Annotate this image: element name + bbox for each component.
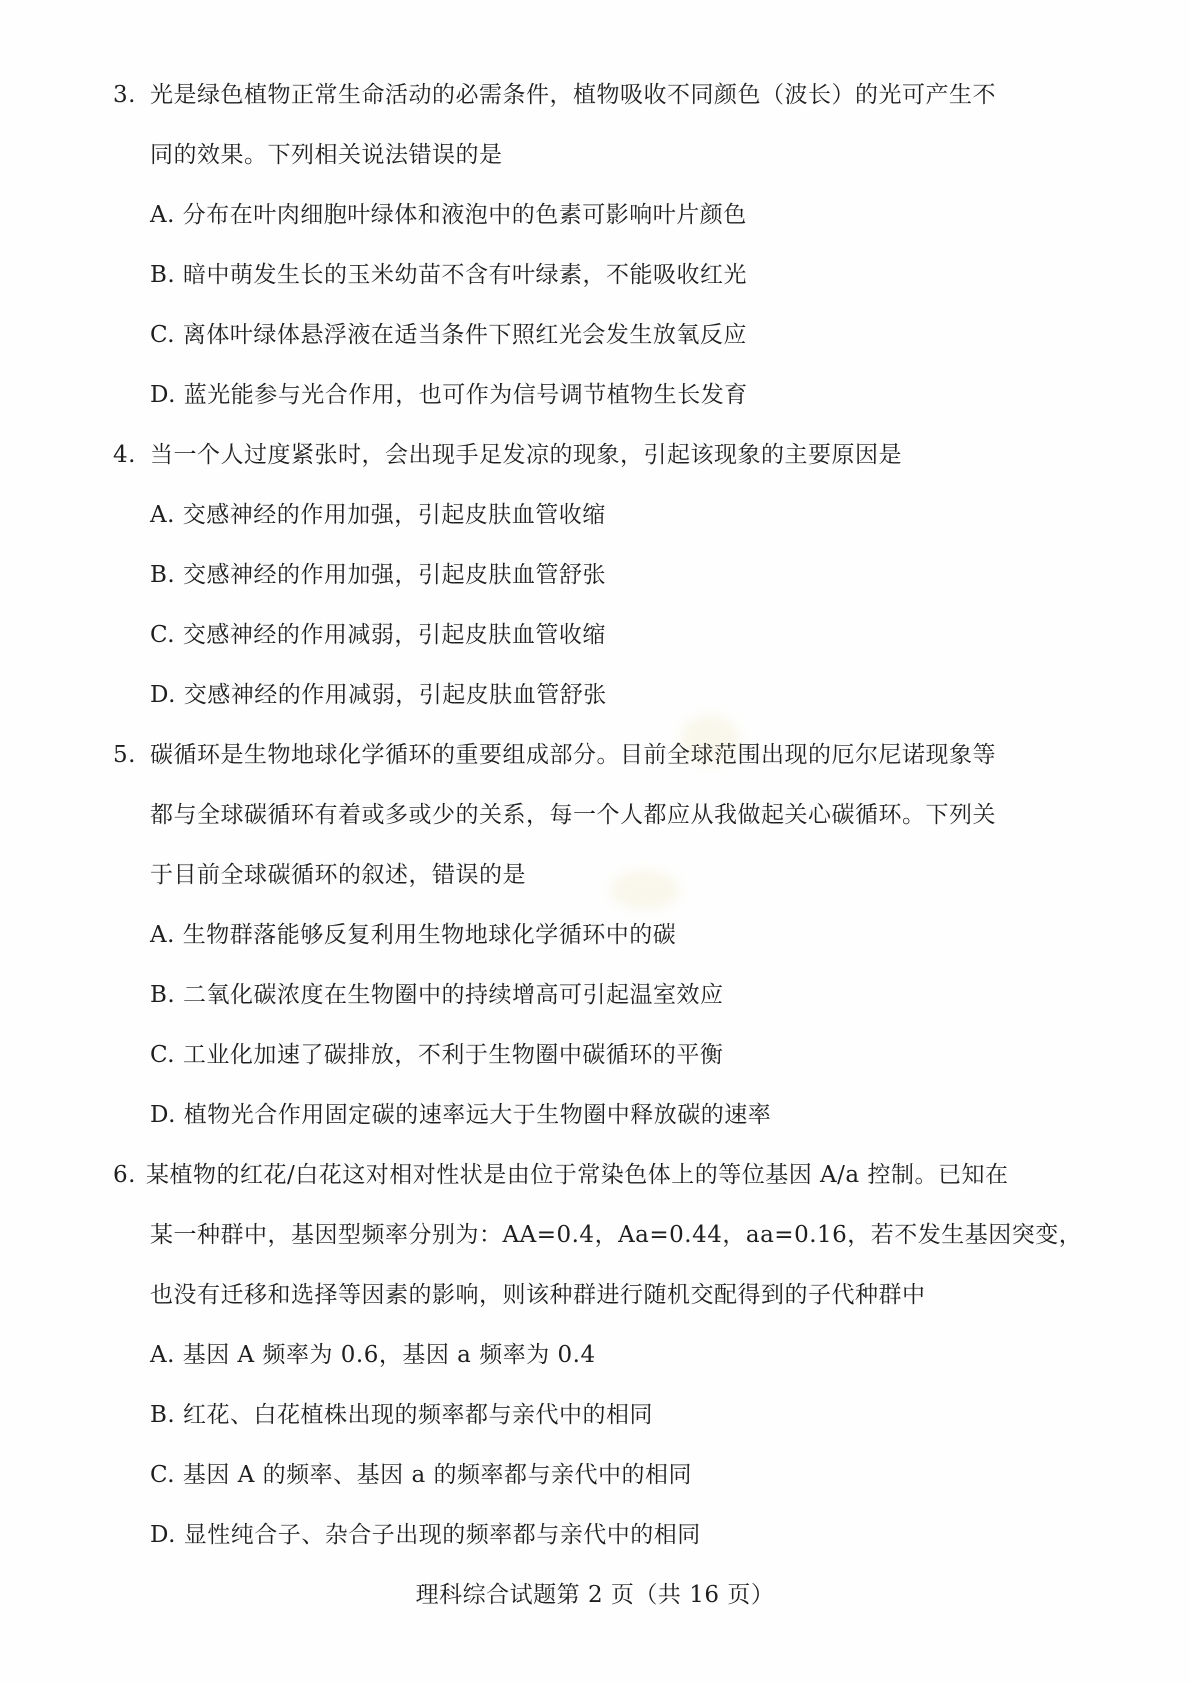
question-stem-line: 都与全球碳循环有着或多或少的关系，每一个人都应从我做起关心碳循环。下列关: [150, 800, 996, 830]
option-label: C.: [150, 1042, 175, 1068]
option-text: 分布在叶肉细胞叶绿体和液泡中的色素可影响叶片颜色: [183, 202, 747, 228]
option-b: B. 红花、白花植株出现的频率都与亲代中的相同: [150, 1400, 653, 1430]
option-text: 暗中萌发生长的玉米幼苗不含有叶绿素，不能吸收红光: [183, 262, 747, 288]
option-text: 二氧化碳浓度在生物圈中的持续增高可引起温室效应: [183, 982, 724, 1008]
option-label: C.: [150, 622, 175, 648]
option-a: A. 生物群落能够反复利用生物地球化学循环中的碳: [150, 920, 676, 950]
option-label: A.: [150, 1342, 175, 1368]
option-a: A. 分布在叶肉细胞叶绿体和液泡中的色素可影响叶片颜色: [150, 200, 747, 230]
option-text: 植物光合作用固定碳的速率远大于生物圈中释放碳的速率: [184, 1102, 772, 1128]
option-text: 基因 A 频率为 0.6，基因 a 频率为 0.4: [183, 1342, 596, 1368]
option-text: 基因 A 的频率、基因 a 的频率都与亲代中的相同: [183, 1462, 692, 1488]
question-number: 6.: [113, 1160, 136, 1190]
option-label: B.: [150, 262, 175, 288]
option-text: 显性纯合子、杂合子出现的频率都与亲代中的相同: [184, 1522, 701, 1548]
question-stem-line: 某植物的红花/白花这对相对性状是由位于常染色体上的等位基因 A/a 控制。已知在: [146, 1160, 1008, 1190]
option-label: A.: [150, 502, 175, 528]
question-stem-line: 于目前全球碳循环的叙述，错误的是: [150, 860, 526, 890]
option-d: D. 显性纯合子、杂合子出现的频率都与亲代中的相同: [150, 1520, 701, 1550]
question-stem-line: 碳循环是生物地球化学循环的重要组成部分。目前全球范围出现的厄尔尼诺现象等: [150, 740, 996, 770]
option-text: 工业化加速了碳排放，不利于生物圈中碳循环的平衡: [183, 1042, 724, 1068]
option-label: C.: [150, 322, 175, 348]
option-c: C. 交感神经的作用减弱，引起皮肤血管收缩: [150, 620, 606, 650]
option-text: 交感神经的作用加强，引起皮肤血管舒张: [183, 562, 606, 588]
option-c: C. 基因 A 的频率、基因 a 的频率都与亲代中的相同: [150, 1460, 692, 1490]
question-stem-line: 某一种群中，基因型频率分别为：AA=0.4，Aa=0.44，aa=0.16，若不…: [150, 1220, 1082, 1250]
option-label: D.: [150, 1522, 176, 1548]
option-label: B.: [150, 1402, 175, 1428]
option-a: A. 交感神经的作用加强，引起皮肤血管收缩: [150, 500, 606, 530]
option-d: D. 交感神经的作用减弱，引起皮肤血管舒张: [150, 680, 607, 710]
option-b: B. 二氧化碳浓度在生物圈中的持续增高可引起温室效应: [150, 980, 724, 1010]
option-label: C.: [150, 1462, 175, 1488]
option-c: C. 离体叶绿体悬浮液在适当条件下照红光会发生放氧反应: [150, 320, 747, 350]
option-text: 蓝光能参与光合作用，也可作为信号调节植物生长发育: [184, 382, 748, 408]
question-stem-line: 同的效果。下列相关说法错误的是: [150, 140, 503, 170]
question-number: 5.: [113, 740, 136, 770]
option-label: D.: [150, 1102, 176, 1128]
option-text: 交感神经的作用减弱，引起皮肤血管舒张: [184, 682, 607, 708]
question-number: 4.: [113, 440, 136, 470]
option-b: B. 暗中萌发生长的玉米幼苗不含有叶绿素，不能吸收红光: [150, 260, 747, 290]
question-number: 3.: [113, 80, 136, 110]
option-label: B.: [150, 562, 175, 588]
question-stem-line: 也没有迁移和选择等因素的影响，则该种群进行随机交配得到的子代种群中: [150, 1280, 926, 1310]
option-label: A.: [150, 922, 175, 948]
option-d: D. 植物光合作用固定碳的速率远大于生物圈中释放碳的速率: [150, 1100, 771, 1130]
option-a: A. 基因 A 频率为 0.6，基因 a 频率为 0.4: [150, 1340, 596, 1370]
exam-page: 3. 光是绿色植物正常生命活动的必需条件，植物吸收不同颜色（波长）的光可产生不 …: [0, 0, 1190, 1683]
option-label: D.: [150, 382, 176, 408]
option-c: C. 工业化加速了碳排放，不利于生物圈中碳循环的平衡: [150, 1040, 723, 1070]
page-footer: 理科综合试题第 2 页（共 16 页）: [0, 1580, 1190, 1610]
option-b: B. 交感神经的作用加强，引起皮肤血管舒张: [150, 560, 606, 590]
question-stem-line: 光是绿色植物正常生命活动的必需条件，植物吸收不同颜色（波长）的光可产生不: [150, 80, 996, 110]
option-text: 交感神经的作用减弱，引起皮肤血管收缩: [183, 622, 606, 648]
option-text: 生物群落能够反复利用生物地球化学循环中的碳: [183, 922, 677, 948]
option-label: D.: [150, 682, 176, 708]
scan-smudge: [610, 870, 680, 910]
option-d: D. 蓝光能参与光合作用，也可作为信号调节植物生长发育: [150, 380, 748, 410]
option-text: 红花、白花植株出现的频率都与亲代中的相同: [183, 1402, 653, 1428]
question-stem-line: 当一个人过度紧张时，会出现手足发凉的现象，引起该现象的主要原因是: [150, 440, 902, 470]
option-text: 交感神经的作用加强，引起皮肤血管收缩: [183, 502, 606, 528]
option-label: A.: [150, 202, 175, 228]
option-label: B.: [150, 982, 175, 1008]
option-text: 离体叶绿体悬浮液在适当条件下照红光会发生放氧反应: [183, 322, 747, 348]
